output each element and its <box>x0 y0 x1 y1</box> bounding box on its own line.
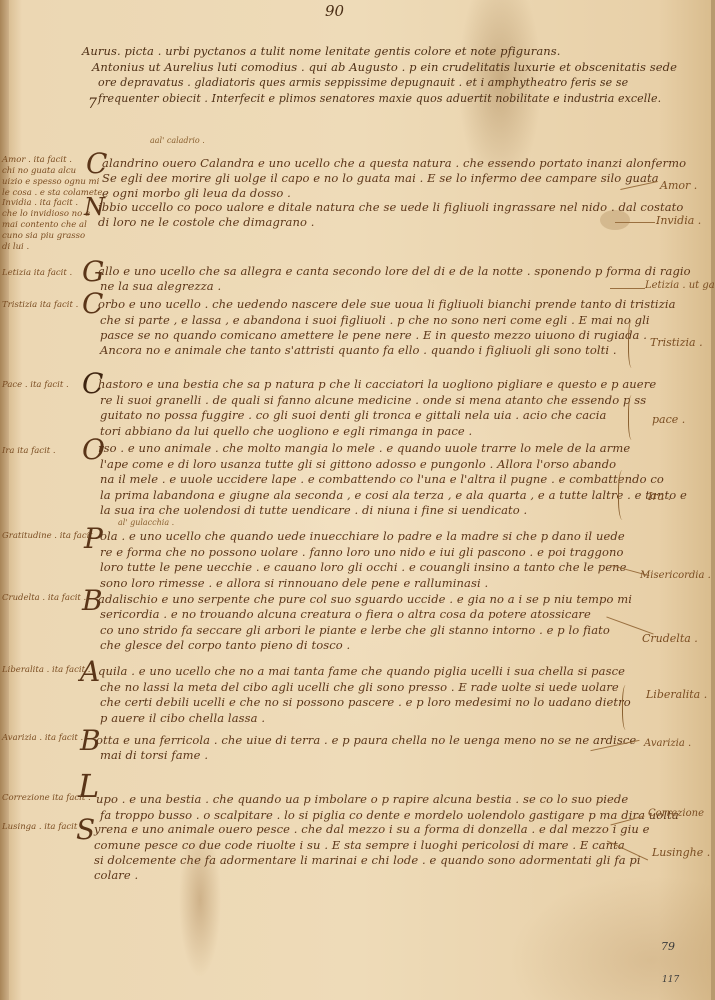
text-line: orbo e uno ucello . che uedendo nascere … <box>98 297 676 311</box>
text-line: co uno strido fa seccare gli arbori le p… <box>100 623 610 637</box>
text-line: loro tutte le pene uecchie . e cauano lo… <box>100 560 627 574</box>
text-line: otta e una ferricola . che uiue di terra… <box>96 733 636 747</box>
text-line: ibbio uccello co poco ualore e ditale na… <box>98 200 683 214</box>
right-margin-virtue: Misericordia . <box>640 570 711 581</box>
text-line: di loro ne le costole che dimagrano . <box>98 215 315 229</box>
text-line: mai di torsi fame . <box>100 748 208 762</box>
text-line: allo e uno ucello che sa allegra e canta… <box>98 264 691 278</box>
left-margin-rubric: Liberalita . ita facit . <box>2 665 90 676</box>
text-line: Se egli dee morire gli uolge il capo e n… <box>102 171 659 185</box>
text-line: rso . e uno animale . che molto mangia l… <box>98 441 630 455</box>
latin-line: Antonius ut Aurelius luti comodius . qui… <box>92 60 677 74</box>
text-line: che certi debili ucelli e che no si poss… <box>100 695 631 709</box>
text-line: si dolcemente che fa adormentare li mari… <box>94 853 641 867</box>
text-line: sono loro rimesse . e allora si rinnouan… <box>100 576 488 590</box>
text-line: fa troppo busso . o scalpitare . lo si p… <box>100 808 679 822</box>
interlinear-gloss: aal' caladrio . <box>150 136 205 145</box>
text-line: la sua ira che uolendosi di tutte uendic… <box>100 503 527 517</box>
folio-mark: 79 <box>661 940 675 953</box>
text-line: adalischio e uno serpente che pure col s… <box>98 592 632 606</box>
text-line: na il mele . e uuole uccidere lape . e c… <box>100 472 664 486</box>
bracket-connector <box>610 288 645 289</box>
right-margin-virtue: Avarizia . <box>644 738 691 749</box>
binding-gutter <box>0 0 9 1000</box>
interlinear-gloss: al' gulacchia . <box>118 518 174 527</box>
text-line: guitato no possa fuggire . co gli suoi d… <box>100 408 606 422</box>
left-margin-rubric: Letizia ita facit . <box>2 268 72 279</box>
text-line: l'ape come e di loro usanza tutte gli si… <box>100 457 616 471</box>
right-margin-virtue: Amor . <box>660 179 697 192</box>
curly-bracket <box>618 470 629 520</box>
text-line: comune pesce co due code riuolte i su . … <box>94 838 625 852</box>
text-line: quila . e uno ucello che no a mai tanta … <box>98 664 625 678</box>
folio-mark: 117 <box>662 975 679 985</box>
right-margin-virtue: Tristizia . <box>650 336 703 349</box>
text-line: p auere il cibo chella lassa . <box>100 711 265 725</box>
right-margin-virtue: Crudelta . <box>642 632 698 645</box>
text-line: la prima labandona e giugne ala seconda … <box>100 488 687 502</box>
curly-bracket <box>628 395 637 440</box>
text-line: tori abbiano da lui quello che uogliono … <box>100 424 472 438</box>
left-margin-rubric: Ira ita facit . <box>2 446 56 457</box>
left-margin-rubric: Lusinga . ita facit . <box>2 822 83 833</box>
left-margin-rubric: Invidia . ita facit .che lo invidioso no… <box>2 198 90 253</box>
curly-bracket <box>622 685 631 730</box>
text-line: ne la sua alegrezza . <box>100 279 221 293</box>
curly-bracket <box>628 320 637 368</box>
text-line: sericordia . e no trouando alcuna creatu… <box>100 607 591 621</box>
text-line: che no lassi la meta del cibo agli ucell… <box>100 680 619 694</box>
left-margin-rubric: Pace . ita facit . <box>2 380 69 391</box>
text-line: re li suoi granelli . de quali si fanno … <box>100 393 646 407</box>
text-line: colare . <box>94 868 138 882</box>
text-line: che si parte , e lassa , e abandona i su… <box>100 313 650 327</box>
right-margin-virtue: Correzione <box>648 808 704 819</box>
left-margin-rubric: Tristizia ita facit . <box>2 300 78 311</box>
text-line: alandrino ouero Calandra e uno ucello ch… <box>102 156 686 170</box>
decorated-initial: S <box>76 816 95 844</box>
latin-line: ore depravatus . gladiatoris ques armis … <box>98 76 628 89</box>
right-margin-virtue: Ira . <box>648 490 671 503</box>
left-margin-rubric: Avarizia . ita facit . <box>2 733 83 744</box>
folio-number: 90 <box>325 2 344 20</box>
text-line: re e forma che no possono uolare . fanno… <box>100 545 624 559</box>
right-margin-virtue: Invidia . <box>656 214 701 227</box>
bracket-connector <box>615 222 655 223</box>
margin-mark: 7 <box>88 96 97 112</box>
text-line: yrena e uno animale ouero pesce . che da… <box>94 822 650 836</box>
text-line: upo . e una bestia . che quando ua p imb… <box>96 792 628 806</box>
latin-line: frequenter obiecit . Interfecit e plimos… <box>98 92 661 105</box>
text-line: e ogni morbo gli leua da dosso . <box>102 186 291 200</box>
left-margin-rubric: Crudelta . ita facit . <box>2 593 86 604</box>
manuscript-page: 90 Aurus. picta . urbi pyctanos a tulit … <box>0 0 715 1000</box>
right-margin-virtue: pace . <box>652 413 685 426</box>
right-margin-virtue: Lusinghe . <box>652 846 710 859</box>
latin-line: Aurus. picta . urbi pyctanos a tulit nom… <box>82 44 561 58</box>
text-line: che glesce del corpo tanto pieno di tosc… <box>100 638 350 652</box>
right-margin-virtue: Liberalita . <box>646 688 707 701</box>
text-line: ola . e uno ucello che quando uede inuec… <box>100 529 625 543</box>
text-line: Ancora no e animale che tanto s'attristi… <box>100 343 617 357</box>
right-margin-virtue: Letizia . ut gallus <box>645 280 715 291</box>
page-edge <box>711 0 715 1000</box>
text-line: hastoro e una bestia che sa p natura p c… <box>98 377 656 391</box>
text-line: pasce se no quando comicano amettere le … <box>100 328 647 342</box>
